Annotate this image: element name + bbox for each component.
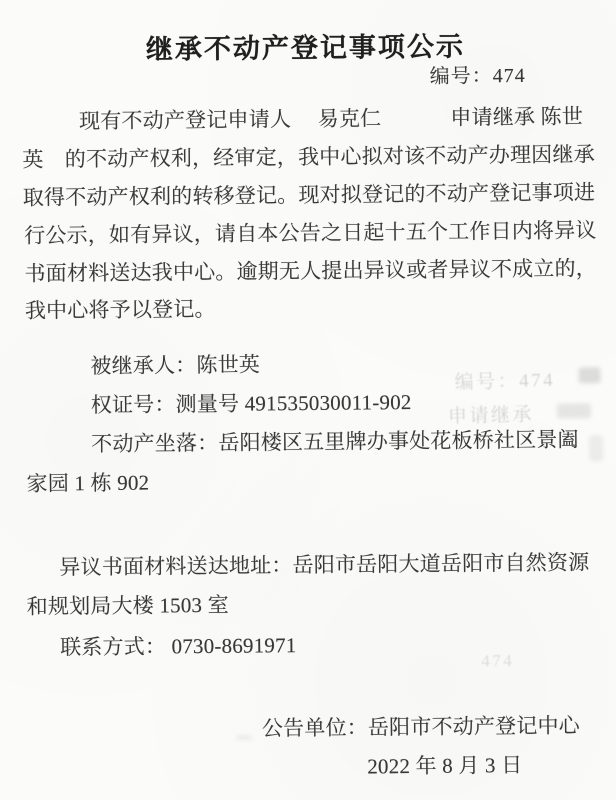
issuer-line: 公告单位：岳阳市不动产登记中心 [262,713,580,740]
scan-smudge [557,403,591,418]
property-location-line1: 不动产坐落：岳阳楼区五里牌办事处花板桥社区景阖 [91,427,579,456]
paragraph-line: 现有不动产登记申请人 易克仁 申请继承 陈世 [23,104,583,134]
bleedthrough-text: 申请继承 [448,399,535,428]
date-line: 2022 年 8 月 3 日 [367,753,522,779]
paragraph-line: 行公示，如有异议，请自本公告之日起十五个工作日内将异议 [24,218,597,248]
paragraph-line: 书面材料送达我中心。逾期无人提出异议或者异议不成立的， [24,256,597,286]
objection-address-line2: 和规划局大楼 1503 室 [27,593,229,619]
property-location-line2: 家园 1 栋 902 [26,471,149,496]
scanned-sheet: 继承不动产登记事项公示 编号：474 编号：474 申请继承 474 现有不动产… [0,0,616,800]
certificate-number-line: 权证号：测量号 491535030011-902 [91,390,412,417]
scan-smudge [589,435,603,461]
scan-smudge [236,736,252,740]
paragraph-line: 取得不动产权利的转移登记。现对拟登记的不动产登记事项进 [23,180,596,210]
paragraph-line: 英 的不动产权利，经审定，我中心拟对该不动产办理因继承 [22,142,595,172]
scan-smudge [578,367,600,383]
objection-address-line1: 异议书面材料送达地址：岳阳市岳阳大道岳阳市自然资源 [59,550,589,579]
decedent-line: 被继承人：陈世英 [90,352,260,378]
contact-line: 联系方式： 0730-8691971 [60,633,297,659]
bleedthrough-doc-number: 编号：474 [454,365,555,394]
doc-number: 编号：474 [430,65,526,89]
page-title: 继承不动产登记事项公示 [0,23,614,68]
document-page: 继承不动产登记事项公示 编号：474 编号：474 申请继承 474 现有不动产… [0,0,616,800]
paragraph-line: 我中心将予以登记。 [25,297,216,323]
bleedthrough-number: 474 [481,651,514,671]
